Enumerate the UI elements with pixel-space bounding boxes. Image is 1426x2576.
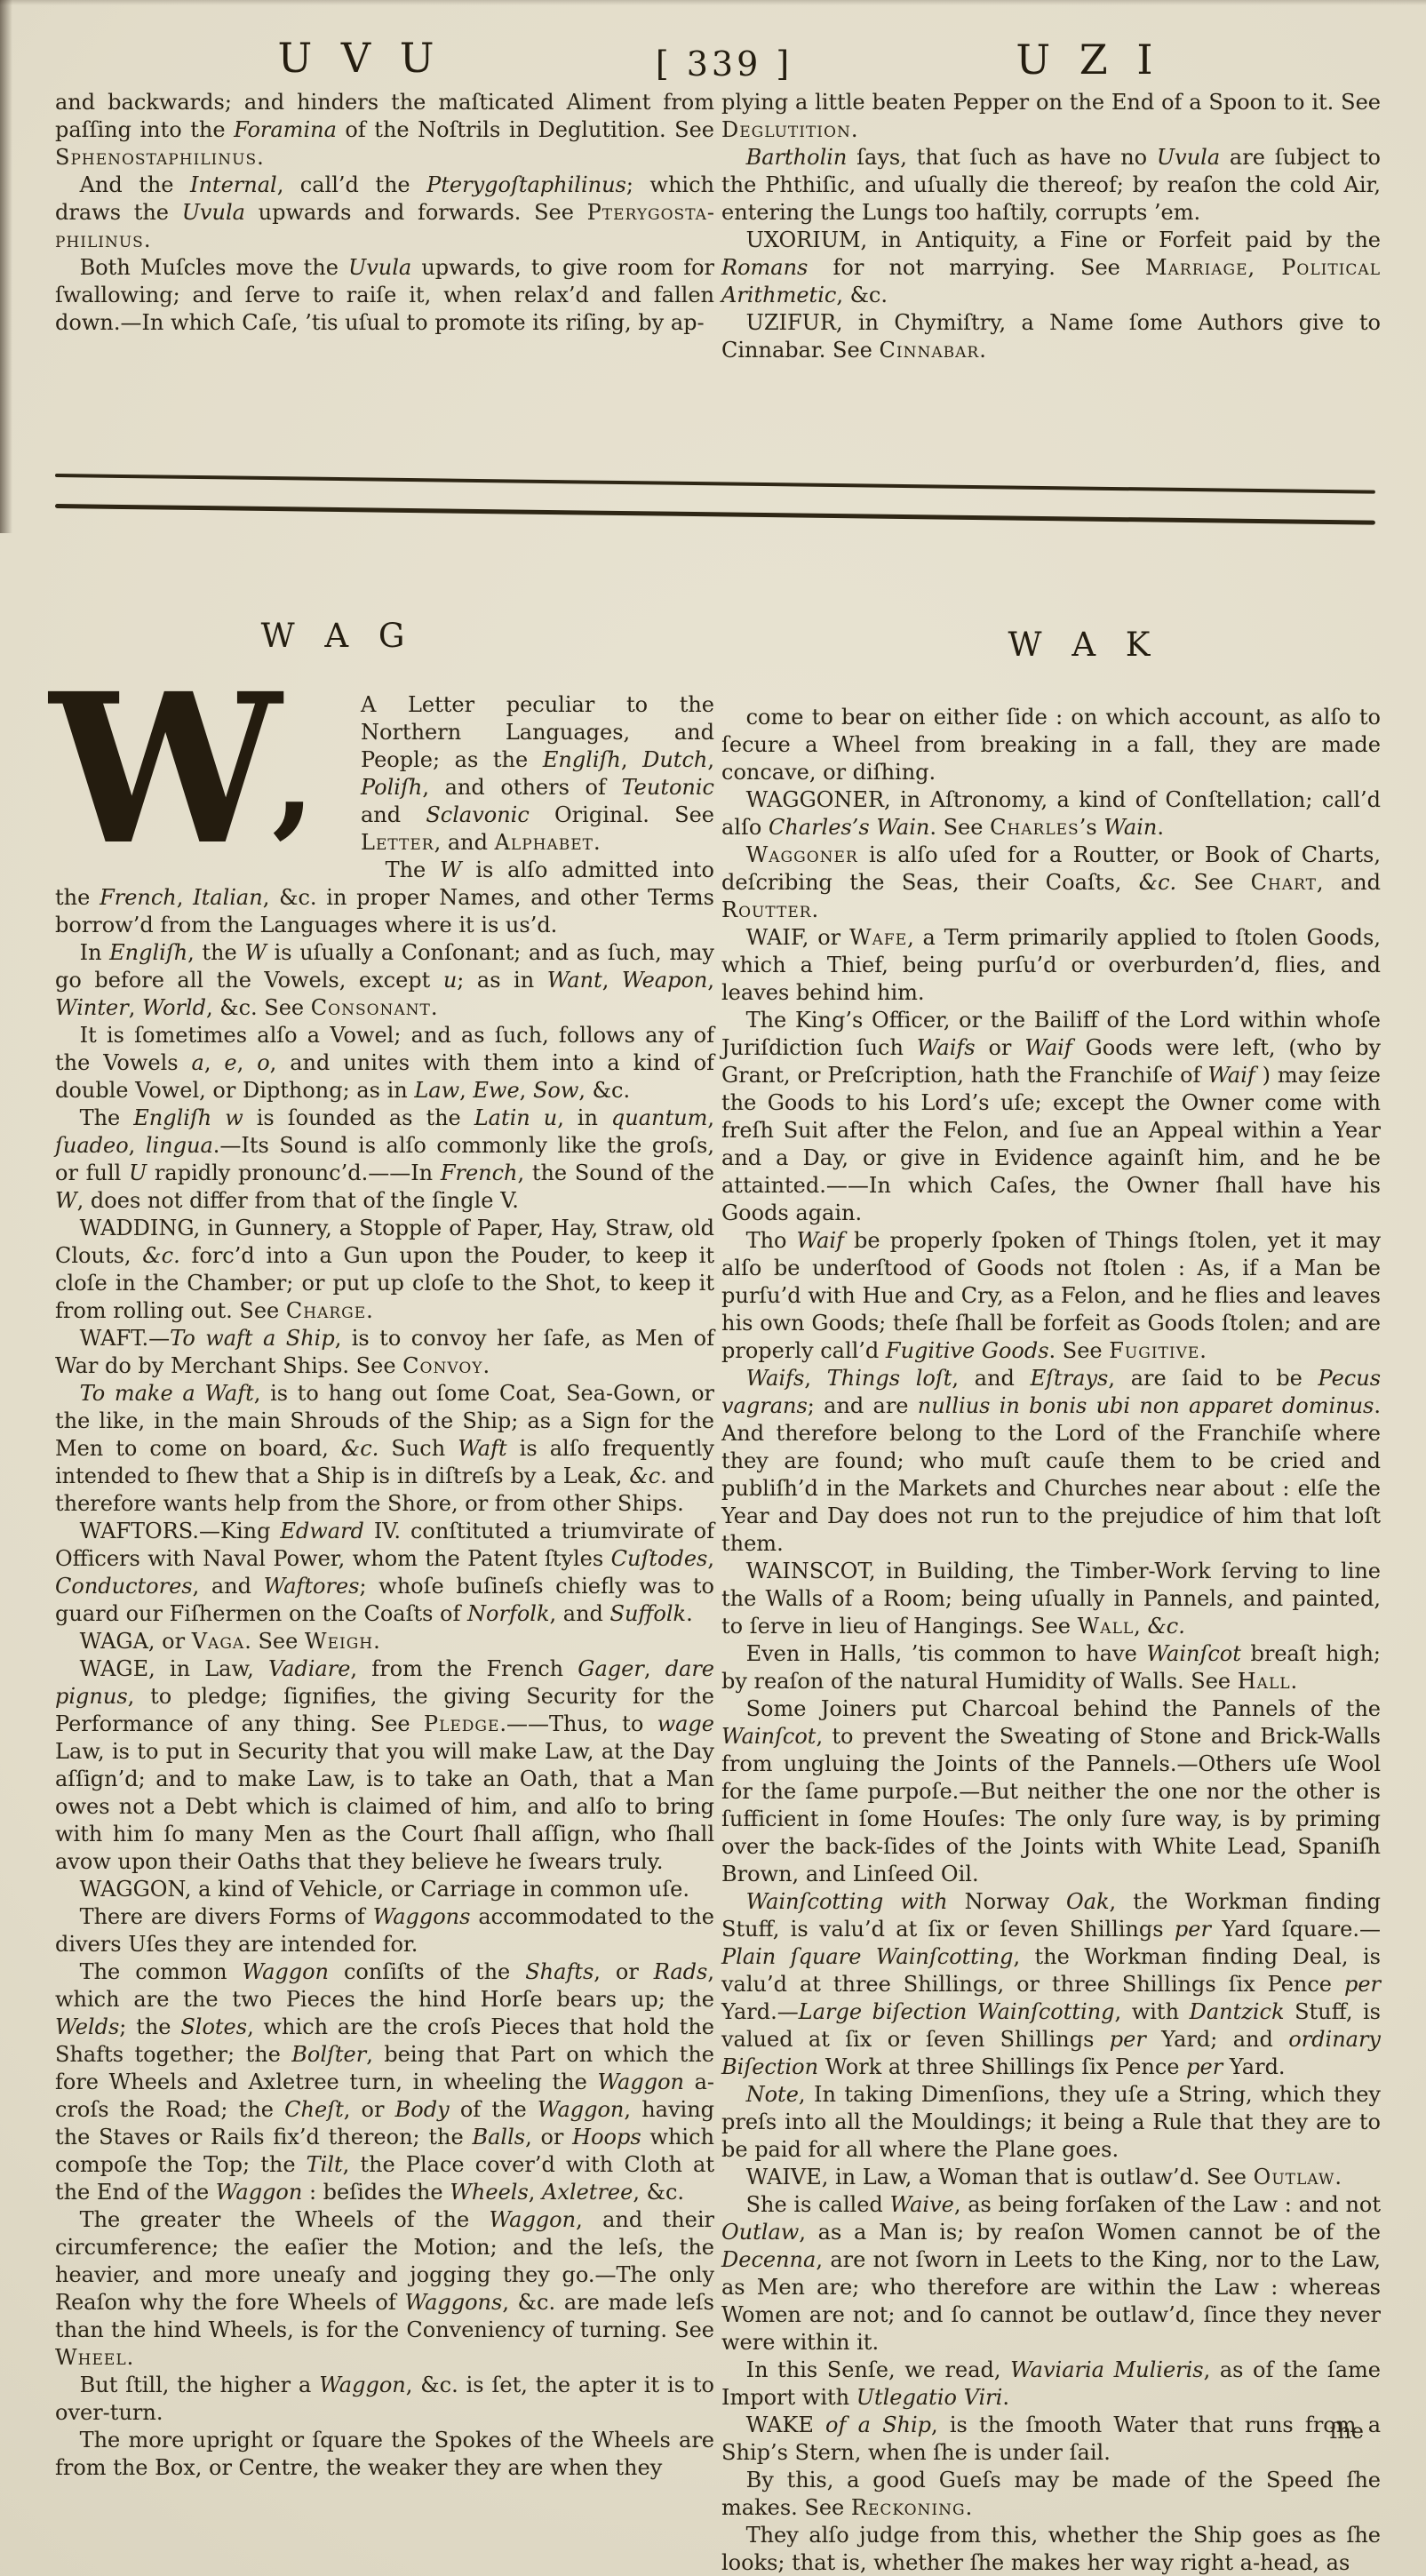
catchword: ſhe bbox=[1266, 2419, 1364, 2444]
encyclopedia-page: U V U [ 339 ] U Z I and backwards; and h… bbox=[0, 0, 1426, 2576]
column-main-left: W , A Letter peculiar to the Northern La… bbox=[55, 691, 714, 2482]
column-main-left-paragraphs: A Letter peculiar to the Northern Langua… bbox=[55, 691, 714, 2482]
paragraph: To make a Waft, is to hang out ſome Coat… bbox=[55, 1380, 714, 1518]
running-head-right-title: U Z I bbox=[924, 36, 1253, 84]
paragraph: WAIF, or Wafe, a Term primarily applied … bbox=[721, 924, 1381, 1007]
page-number: [ 339 ] bbox=[569, 44, 880, 84]
running-head-left-title: U V U bbox=[195, 34, 524, 82]
column-top-right: plying a little beaten Pepper on the End… bbox=[721, 89, 1381, 364]
paragraph: But ſtill, the higher a Waggon, &c. is ſ… bbox=[55, 2372, 714, 2427]
paragraph: The greater the Wheels of the Waggon, an… bbox=[55, 2206, 714, 2372]
section-header-wak: W A K bbox=[906, 626, 1262, 664]
paragraph: It is ſometimes alſo a Vowel; and as ſuc… bbox=[55, 1022, 714, 1105]
column-main-right: come to bear on either ſide : on which a… bbox=[721, 704, 1381, 2576]
section-divider-rule-top bbox=[55, 474, 1375, 494]
paragraph: And the Internal, call’d the Pterygoſtap… bbox=[55, 171, 714, 254]
paragraph: Even in Halls, ’tis common to have Wainſ… bbox=[721, 1640, 1381, 1695]
dropcap-comma: , bbox=[272, 716, 315, 841]
paragraph: Tho Waif be properly ſpoken of Things ſt… bbox=[721, 1227, 1381, 1365]
paragraph: UZIFUR, in Chymiſtry, a Name ſome Author… bbox=[721, 309, 1381, 364]
paragraph: Wainſcotting with Norway Oak, the Workma… bbox=[721, 1888, 1381, 2081]
paragraph: By this, a good Gueſs may be made of the… bbox=[721, 2467, 1381, 2522]
paragraph: Bartholin ſays, that ſuch as have no Uvu… bbox=[721, 144, 1381, 227]
paragraph: Note, In taking Dimenſions, they uſe a S… bbox=[721, 2081, 1381, 2164]
paragraph: In Engliſh, the W is uſually a Conſonant… bbox=[55, 939, 714, 1022]
paragraph: There are divers Forms of Waggons accomm… bbox=[55, 1903, 714, 1958]
section-divider-rule-bottom bbox=[55, 504, 1375, 525]
paragraph: The Engliſh w is ſounded as the Latin u,… bbox=[55, 1105, 714, 1215]
paragraph: UXORIUM, in Antiquity, a Fine or Forfeit… bbox=[721, 227, 1381, 309]
paragraph: Waifs, Things loſt, and Eſtrays, are ſai… bbox=[721, 1365, 1381, 1558]
paragraph: Both Muſcles move the Uvula upwards, to … bbox=[55, 254, 714, 337]
paragraph: WAFTORS.—King Edward IV. conſtituted a t… bbox=[55, 1518, 714, 1628]
paragraph: and backwards; and hinders the maſticate… bbox=[55, 89, 714, 171]
paragraph: plying a little beaten Pepper on the End… bbox=[721, 89, 1381, 144]
paragraph: WAGGONER, in Aſtronomy, a kind of Conſte… bbox=[721, 786, 1381, 841]
dropcap-w: W , bbox=[55, 697, 350, 867]
paragraph: come to bear on either ſide : on which a… bbox=[721, 704, 1381, 786]
paragraph: The King’s Officer, or the Bailiff of th… bbox=[721, 1007, 1381, 1227]
paragraph: The more upright or ſquare the Spokes of… bbox=[55, 2427, 714, 2482]
paragraph: WAFT.—To waft a Ship, is to convoy her ſ… bbox=[55, 1325, 714, 1380]
paragraph: They alſo judge from this, whether the S… bbox=[721, 2522, 1381, 2576]
running-head: U V U [ 339 ] U Z I bbox=[0, 0, 1426, 98]
paragraph: WADDING, in Gunnery, a Stopple of Paper,… bbox=[55, 1215, 714, 1325]
paragraph: Some Joiners put Charcoal behind the Pan… bbox=[721, 1695, 1381, 1888]
paragraph: The common Waggon conſiſts of the Shafts… bbox=[55, 1958, 714, 2206]
paragraph: WAGGON, a kind of Vehicle, or Carriage i… bbox=[55, 1876, 714, 1903]
dropcap-letter: W bbox=[50, 666, 282, 873]
paragraph: In this Senſe, we read, Waviaria Mulieri… bbox=[721, 2357, 1381, 2412]
paragraph: WAIVE, in Law, a Woman that is outlaw’d.… bbox=[721, 2164, 1381, 2191]
paragraph: WAGA, or Vaga. See Weigh. bbox=[55, 1628, 714, 1655]
column-top-left: and backwards; and hinders the maſticate… bbox=[55, 89, 714, 337]
paragraph: WAINSCOT, in Building, the Timber-Work ſ… bbox=[721, 1558, 1381, 1640]
paragraph: WAGE, in Law, Vadiare, from the French G… bbox=[55, 1655, 714, 1876]
paragraph: She is called Waive, as being forſaken o… bbox=[721, 2191, 1381, 2357]
paragraph: Waggoner is alſo uſed for a Routter, or … bbox=[721, 841, 1381, 924]
